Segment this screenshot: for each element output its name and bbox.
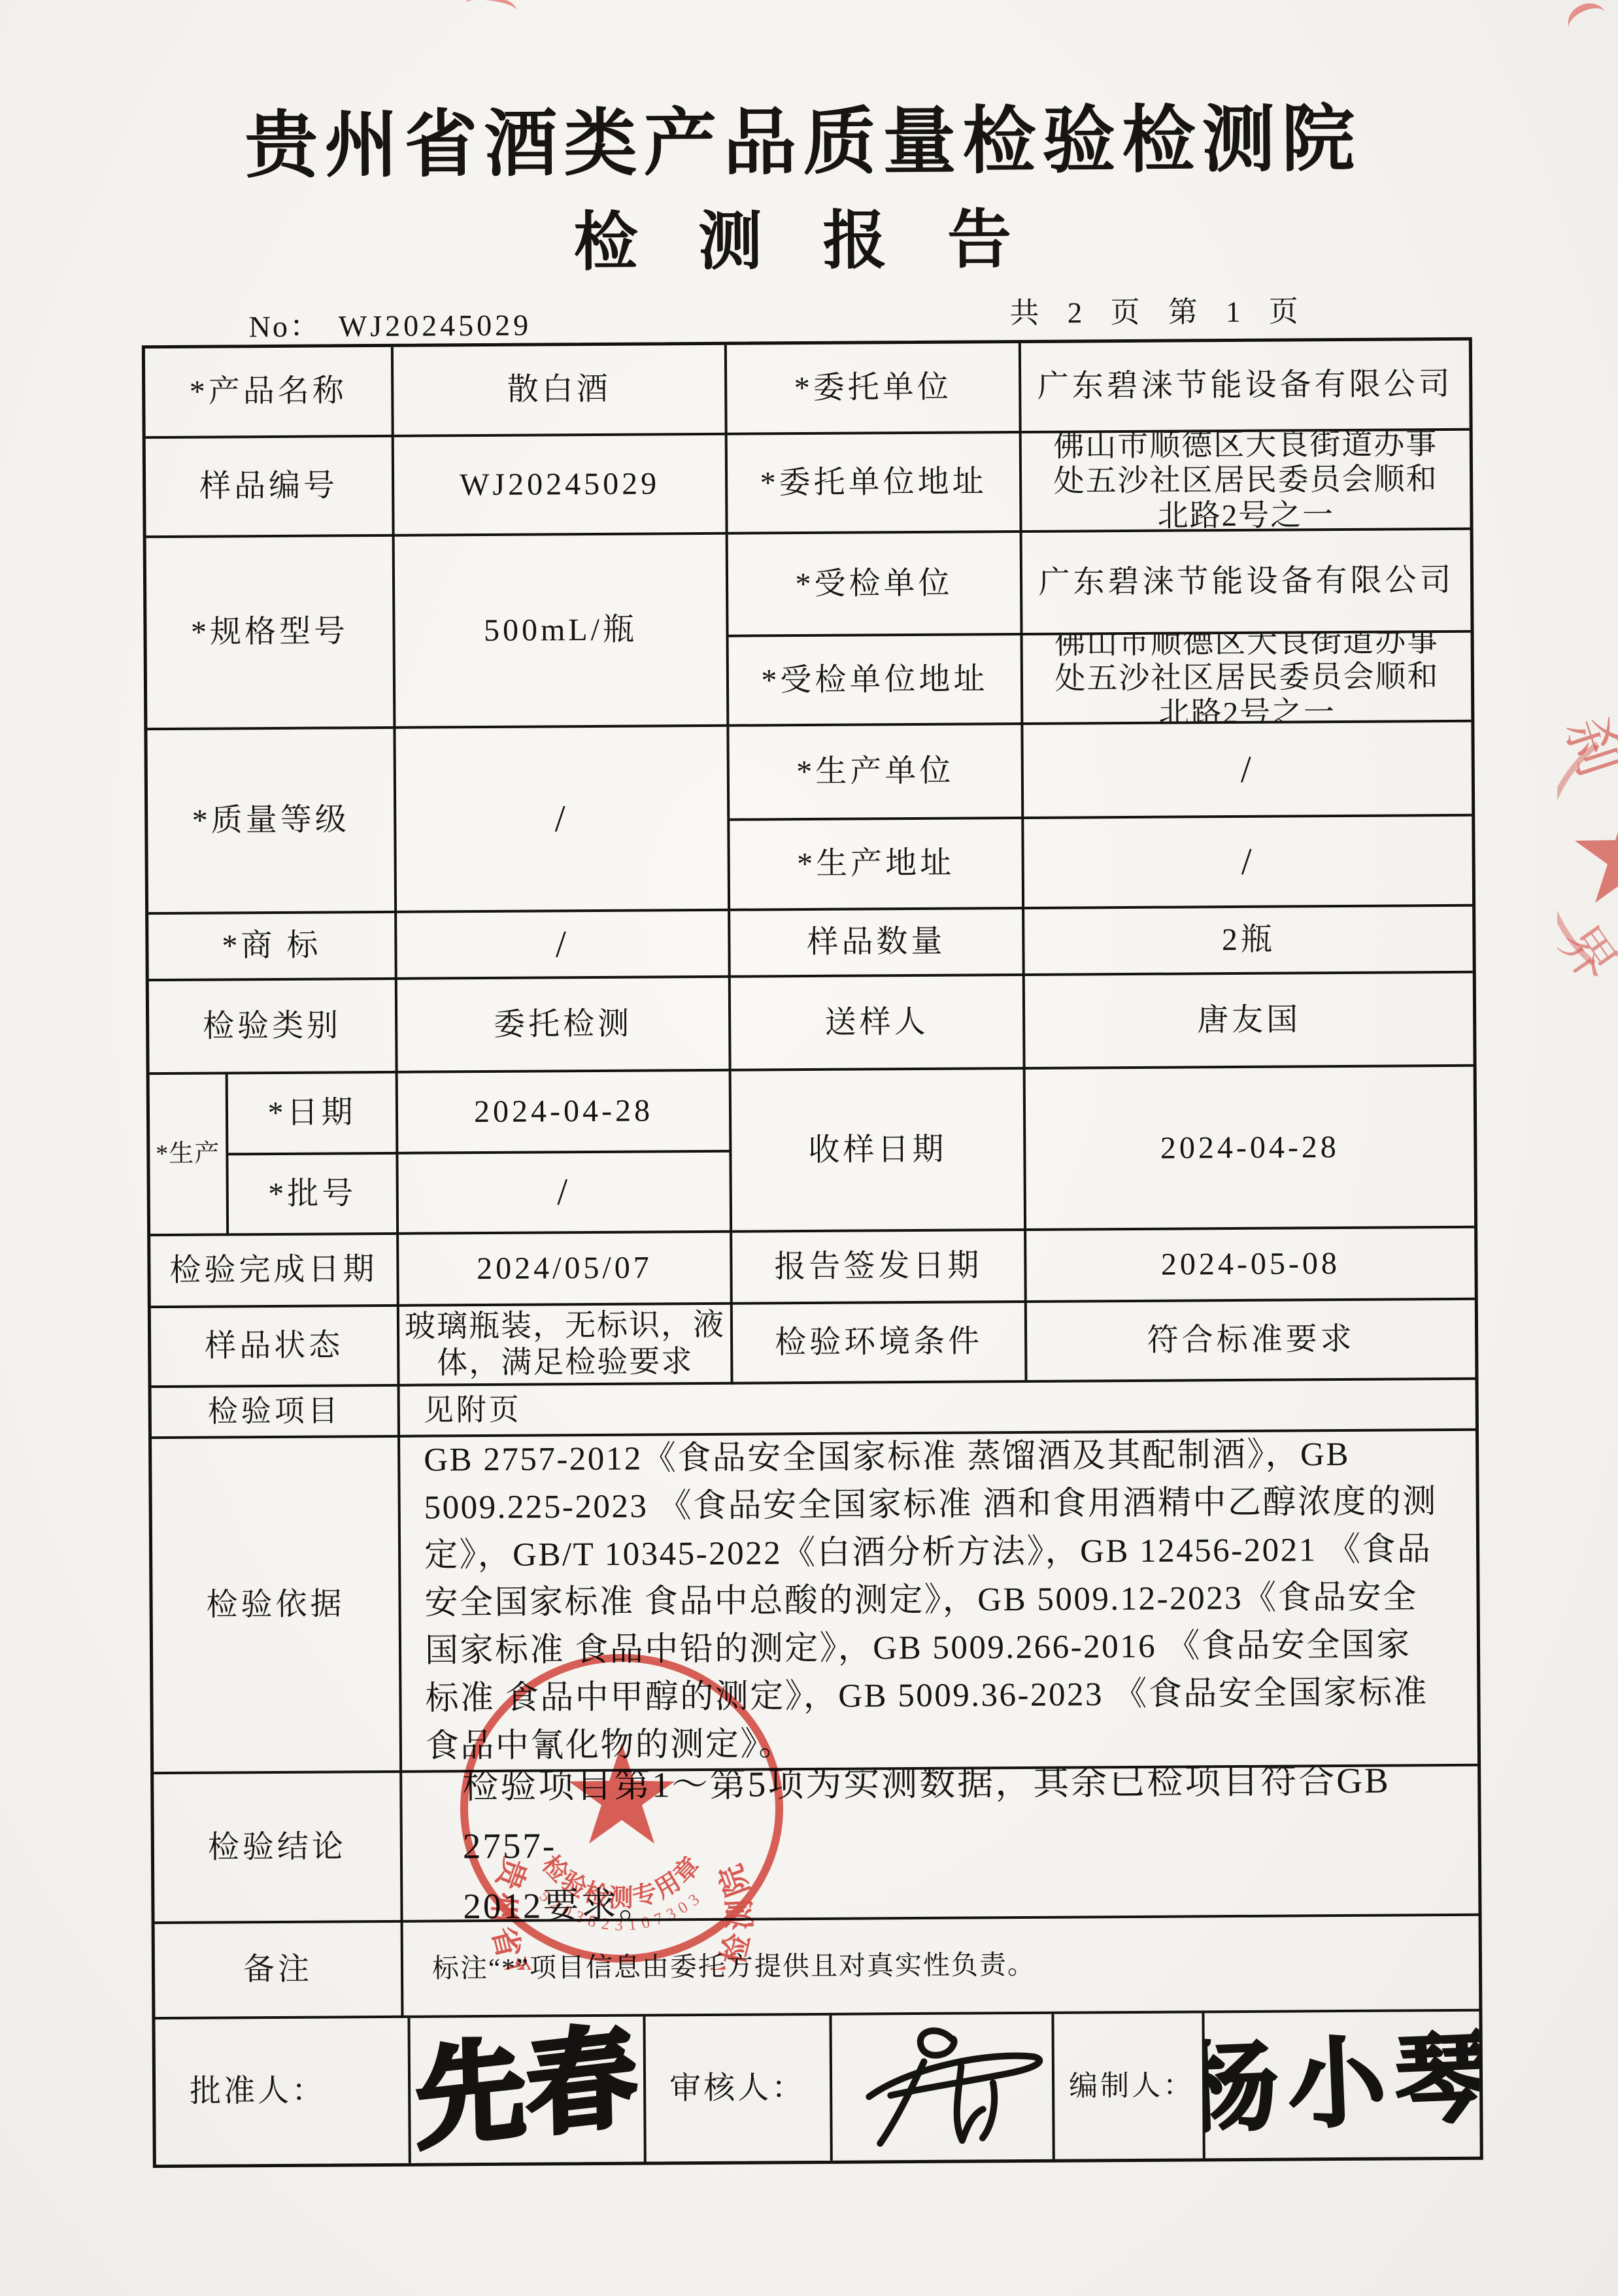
- client-address-value: 佛山市顺德区大良街道办事 处五沙社区居民委员会顺和 北路2号之一: [1022, 431, 1470, 533]
- approver-signature: 先春: [410, 2017, 646, 2163]
- product-name-value: 散白酒: [394, 345, 728, 437]
- receive-date-value: 2024-04-28: [1026, 1067, 1474, 1231]
- trademark-label: *商 标: [148, 913, 397, 981]
- approver-signature-text: 先春: [415, 2017, 639, 2163]
- compiler-signature-text: 杨小琴: [1204, 2023, 1479, 2147]
- row-spec: *规格型号 500mL/瓶 *受检单位 广东碧涞节能设备有限公司 *受检单位地址…: [146, 530, 1472, 730]
- inspected-unit-row: *受检单位 广东碧涞节能设备有限公司: [728, 530, 1471, 637]
- sample-state-value: 玻璃瓶装，无标识，液 体，满足检验要求: [399, 1305, 733, 1387]
- production-date-label: *日期: [228, 1073, 399, 1156]
- row-signatures: 批准人： 先春 审核人： 编制人： 杨小琴: [155, 2012, 1479, 2165]
- product-name-label: *产品名称: [145, 347, 394, 439]
- producer-value: /: [1023, 722, 1472, 819]
- sample-no-value: WJ20245029: [394, 435, 728, 537]
- row-trademark: *商 标 / 样品数量 2瓶: [148, 907, 1473, 981]
- producer-address-value: /: [1024, 817, 1472, 909]
- issue-date-value: 2024-05-08: [1026, 1228, 1475, 1303]
- scanned-sheet: 贵州省酒类产品质量检验检测院 检 测 报 告 No：WJ20245029 共 2…: [0, 0, 1618, 2296]
- inspected-unit-address-value: 佛山市顺德区大良街道办事 处五沙社区居民委员会顺和 北路2号之一: [1023, 633, 1472, 725]
- production-batch-label: *批号: [228, 1155, 399, 1236]
- inspected-unit-address-row: *受检单位地址 佛山市顺德区大良街道办事 处五沙社区居民委员会顺和 北路2号之一: [729, 633, 1472, 727]
- quality-grade-value: /: [396, 727, 730, 913]
- issue-date-label: 报告签发日期: [732, 1231, 1027, 1305]
- sample-state-label: 样品状态: [151, 1307, 400, 1388]
- env-condition-label: 检验环境条件: [733, 1303, 1028, 1385]
- row-inspection-type: 检验类别 委托检测 送样人 唐友国: [149, 973, 1474, 1075]
- inspection-type-value: 委托检测: [397, 978, 732, 1073]
- production-label: *生产: [150, 1074, 229, 1236]
- sample-sender-value: 唐友国: [1025, 973, 1474, 1070]
- production-batch-value: /: [398, 1153, 732, 1235]
- spec-value: 500mL/瓶: [395, 535, 730, 729]
- basis-label: 检验依据: [152, 1438, 402, 1774]
- client-address-label: *委托单位地址: [728, 433, 1022, 535]
- row-sample-no: 样品编号 WJ20245029 *委托单位地址 佛山市顺德区大良街道办事 处五沙…: [146, 431, 1470, 538]
- spec-label: *规格型号: [146, 537, 396, 730]
- report-table: *产品名称 散白酒 *委托单位 广东碧涞节能设备有限公司 样品编号 WJ2024…: [142, 337, 1483, 2168]
- inspected-unit-value: 广东碧涞节能设备有限公司: [1022, 530, 1471, 635]
- sample-qty-label: 样品数量: [730, 909, 1025, 978]
- report-number: No：WJ20245029: [248, 301, 531, 346]
- client-value: 广东碧涞节能设备有限公司: [1021, 341, 1470, 433]
- sample-sender-label: 送样人: [731, 976, 1026, 1072]
- inspected-unit-address-label: *受检单位地址: [729, 635, 1024, 727]
- row-complete-date: 检验完成日期 2024/05/07 报告签发日期 2024-05-08: [150, 1228, 1475, 1308]
- producer-address-row: *生产地址 /: [730, 817, 1472, 911]
- report-number-label: No：: [248, 310, 322, 344]
- reviewer-label: 审核人：: [645, 2016, 832, 2162]
- items-value: 见附页: [400, 1380, 1475, 1438]
- row-product: *产品名称 散白酒 *委托单位 广东碧涞节能设备有限公司: [145, 341, 1470, 439]
- row-production: *生产 *日期 *批号 2024-04-28 / 收样日期 2024-04-28: [150, 1067, 1474, 1236]
- sample-no-label: 样品编号: [146, 437, 395, 538]
- production-sublabels: *日期 *批号: [228, 1073, 399, 1236]
- quality-grade-label: *质量等级: [147, 729, 397, 915]
- inspected-unit-label: *受检单位: [728, 533, 1023, 637]
- page-count: 共 2 页 第 1 页: [1009, 287, 1309, 331]
- reviewer-signature-strokes: [834, 2019, 1050, 2156]
- producer-label: *生产单位: [729, 725, 1024, 821]
- complete-date-value: 2024/05/07: [399, 1233, 733, 1307]
- conclusion-value: 检验项目第1～第5项为实测数据，其余已检项目符合GB 2757- 2012要求。: [402, 1766, 1478, 1923]
- row-sample-state: 样品状态 玻璃瓶装，无标识，液 体，满足检验要求 检验环境条件 符合标准要求: [151, 1300, 1475, 1388]
- env-condition-value: 符合标准要求: [1027, 1300, 1475, 1383]
- compiler-label: 编制人：: [1054, 2013, 1205, 2159]
- approver-label: 批准人：: [155, 2018, 411, 2165]
- row-basis: 检验依据 GB 2757-2012《食品安全国家标准 蒸馏酒及其配制酒》，GB …: [152, 1431, 1477, 1774]
- remark-value: 标注“*”项目信息由委托方提供且对真实性负责。: [403, 1916, 1479, 2018]
- reviewer-signature: [832, 2014, 1054, 2161]
- inspected-unit-stack: *受检单位 广东碧涞节能设备有限公司 *受检单位地址 佛山市顺德区大良街道办事 …: [728, 530, 1472, 727]
- compiler-signature: 杨小琴: [1204, 2012, 1479, 2159]
- producer-address-label: *生产地址: [730, 819, 1024, 911]
- remark-label: 备注: [155, 1923, 404, 2019]
- inspection-type-label: 检验类别: [149, 980, 398, 1075]
- production-date-value: 2024-04-28: [398, 1072, 732, 1155]
- conclusion-label: 检验结论: [154, 1773, 403, 1924]
- basis-value: GB 2757-2012《食品安全国家标准 蒸馏酒及其配制酒》，GB 5009.…: [400, 1431, 1477, 1773]
- trademark-value: /: [397, 911, 731, 980]
- production-subvalues: 2024-04-28 /: [398, 1072, 732, 1235]
- producer-stack: *生产单位 / *生产地址 /: [729, 722, 1472, 911]
- complete-date-label: 检验完成日期: [150, 1235, 399, 1308]
- sample-qty-value: 2瓶: [1024, 907, 1473, 976]
- producer-row: *生产单位 /: [729, 722, 1472, 821]
- report-title: 检 测 报 告: [0, 184, 1613, 286]
- row-remark: 备注 标注“*”项目信息由委托方提供且对真实性负责。: [155, 1916, 1479, 2019]
- items-label: 检验项目: [152, 1387, 400, 1439]
- row-conclusion: 检验结论 检验项目第1～第5项为实测数据，其余已检项目符合GB 2757- 20…: [154, 1766, 1478, 1924]
- receive-date-label: 收样日期: [732, 1070, 1027, 1233]
- row-items: 检验项目 见附页: [152, 1380, 1475, 1439]
- report-number-value: WJ20245029: [339, 309, 532, 343]
- client-label: *委托单位: [727, 343, 1022, 435]
- row-grade: *质量等级 / *生产单位 / *生产地址 /: [147, 722, 1472, 915]
- institute-title: 贵州省酒类产品质量检验检测院: [0, 78, 1612, 194]
